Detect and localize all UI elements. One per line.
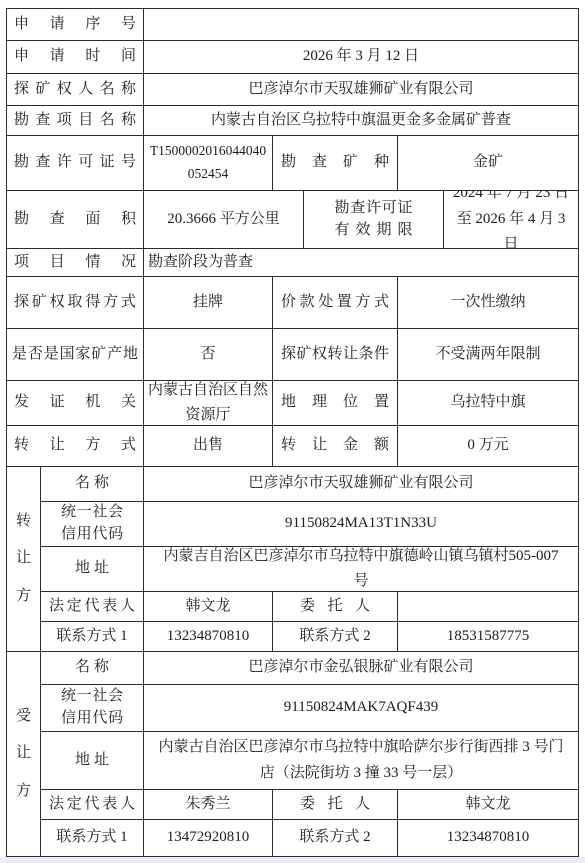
transferor-address-label: 地址 [41,547,144,591]
transferee-body: 名称 巴彦淖尔市金弘银脉矿业有限公司 统一社会信用代码 91150824MAK7… [41,652,578,856]
national-mineral-site-value: 否 [144,329,273,380]
transferor-body: 名称 巴彦淖尔市天驭雄狮矿业有限公司 统一社会信用代码 91150824MA13… [41,467,578,651]
holder-name-label: 探矿权人名称 [7,74,144,105]
transferee-name-value: 巴彦淖尔市金弘银脉矿业有限公司 [144,652,578,684]
row-transferor-credit: 统一社会信用代码 91150824MA13T1N33U [41,502,578,547]
project-status-value: 勘查阶段为普查 [144,249,578,276]
acquire-method-value: 挂牌 [144,277,273,328]
transfer-condition-value: 不受满两年限制 [398,329,578,380]
geo-location-label: 地理位置 [273,381,398,425]
row-transferor-phones: 联系方式 1 13234870810 联系方式 2 18531587775 [41,622,578,651]
row-survey-area: 勘查面积 20.3666 平方公里 勘查许可证有效期限 2024 年 7 月 2… [7,191,578,249]
row-transferee-address: 地址 内蒙古自治区巴彦淖尔市乌拉特中旗哈萨尔步行街西排 3 号门店（法院街坊 3… [41,732,578,790]
row-transferor-address: 地址 内蒙吉自治区巴彦淖尔市乌拉特中旗德岭山镇乌镇村505-007 号 [41,547,578,592]
row-transfer-method: 转让方式 出售 转让金额 0 万元 [7,426,578,467]
transferee-name-label: 名称 [41,652,144,684]
transferee-phone1-label: 联系方式 1 [41,820,144,856]
transferor-phone2-value: 18531587775 [398,622,578,651]
project-name-value: 内蒙古自治区乌拉特中旗温更金多金属矿普查 [144,106,578,135]
project-status-label: 项目情况 [7,249,144,276]
transfer-method-value: 出售 [144,426,273,466]
application-time-label: 申请时间 [7,41,144,73]
transferor-name-value: 巴彦淖尔市天驭雄狮矿业有限公司 [144,467,578,501]
survey-area-value: 20.3666 平方公里 [144,191,304,248]
license-no-value: T1500002016044040052454 [144,136,273,190]
national-mineral-site-label: 是否是国家矿产地 [7,329,144,380]
transferee-phone1-value: 13472920810 [144,820,273,856]
survey-area-label: 勘查面积 [7,191,144,248]
license-validity-value: 2024 年 7 月 23 日至 2026 年 4 月 3 日 [444,191,578,248]
transferor-side-title: 转让方 [7,467,41,651]
transferee-address-label: 地址 [41,732,144,789]
transferee-credit-value: 91150824MAK7AQF439 [144,685,578,731]
transferor-agent-label: 委托人 [273,592,398,621]
transfer-method-label: 转让方式 [7,426,144,466]
application-no-value [144,9,578,40]
issuing-authority-label: 发证机关 [7,381,144,425]
license-validity-label: 勘查许可证有效期限 [304,191,444,248]
transferor-phone2-label: 联系方式 2 [273,622,398,651]
transfer-condition-label: 探矿权转让条件 [273,329,398,380]
transferor-name-label: 名称 [41,467,144,501]
row-holder-name: 探矿权人名称 巴彦淖尔市天驭雄狮矿业有限公司 [7,74,578,106]
transferor-address-value: 内蒙吉自治区巴彦淖尔市乌拉特中旗德岭山镇乌镇村505-007 号 [144,547,578,591]
transferee-agent-label: 委托人 [273,790,398,819]
transfer-amount-label: 转让金额 [273,426,398,466]
transferee-phone2-value: 13234870810 [398,820,578,856]
acquire-method-label: 探矿权取得方式 [7,277,144,328]
row-issuing-authority: 发证机关 内蒙古自治区自然资源厅 地理位置 乌拉特中旗 [7,381,578,426]
transferor-agent-value [398,592,578,621]
payment-method-label: 价款处置方式 [273,277,398,328]
transferor-title: 转让方 [16,503,32,616]
row-transferor-name: 名称 巴彦淖尔市天驭雄狮矿业有限公司 [41,467,578,502]
transferee-agent-value: 韩文龙 [398,790,578,819]
transferee-rep-label: 法定代表人 [41,790,144,819]
transfer-amount-value: 0 万元 [398,426,578,466]
mineral-type-label: 勘查矿种 [273,136,398,190]
row-project-name: 勘查项目名称 内蒙古自治区乌拉特中旗温更金多金属矿普查 [7,106,578,136]
project-name-label: 勘查项目名称 [7,106,144,135]
transferor-section: 转让方 名称 巴彦淖尔市天驭雄狮矿业有限公司 统一社会信用代码 91150824… [7,467,578,652]
geo-location-value: 乌拉特中旗 [398,381,578,425]
payment-method-value: 一次性缴纳 [398,277,578,328]
transferor-phone1-value: 13234870810 [144,622,273,651]
application-time-value: 2026 年 3 月 12 日 [144,41,578,73]
row-application-no: 申请序号 [7,9,578,41]
page-bottom-strip [0,857,585,863]
transferee-address-value: 内蒙古自治区巴彦淖尔市乌拉特中旗哈萨尔步行街西排 3 号门店（法院街坊 3 撞 … [144,732,578,789]
transferor-credit-label: 统一社会信用代码 [41,502,144,546]
row-project-status: 项目情况 勘查阶段为普查 [7,249,578,277]
transferee-rep-value: 朱秀兰 [144,790,273,819]
transferor-rep-value: 韩文龙 [144,592,273,621]
row-license-no: 勘查许可证号 T1500002016044040052454 勘查矿种 金矿 [7,136,578,191]
transferor-credit-value: 91150824MA13T1N33U [144,502,578,546]
row-application-time: 申请时间 2026 年 3 月 12 日 [7,41,578,74]
row-transferee-credit: 统一社会信用代码 91150824MAK7AQF439 [41,685,578,732]
transferor-rep-label: 法定代表人 [41,592,144,621]
row-transferee-phones: 联系方式 1 13472920810 联系方式 2 13234870810 [41,820,578,856]
transferee-title: 受让方 [16,698,32,811]
transfer-application-table: 申请序号 申请时间 2026 年 3 月 12 日 探矿权人名称 巴彦淖尔市天驭… [6,8,579,857]
transferor-phone1-label: 联系方式 1 [41,622,144,651]
mineral-type-value: 金矿 [398,136,578,190]
holder-name-value: 巴彦淖尔市天驭雄狮矿业有限公司 [144,74,578,105]
transferee-phone2-label: 联系方式 2 [273,820,398,856]
transferee-side-title: 受让方 [7,652,41,856]
row-transferor-rep: 法定代表人 韩文龙 委托人 [41,592,578,622]
transferee-section: 受让方 名称 巴彦淖尔市金弘银脉矿业有限公司 统一社会信用代码 91150824… [7,652,578,856]
transferee-credit-label: 统一社会信用代码 [41,685,144,731]
row-transferee-rep: 法定代表人 朱秀兰 委托人 韩文龙 [41,790,578,820]
row-national-mineral-site: 是否是国家矿产地 否 探矿权转让条件 不受满两年限制 [7,329,578,381]
license-no-label: 勘查许可证号 [7,136,144,190]
issuing-authority-value: 内蒙古自治区自然资源厅 [144,381,273,425]
application-no-label: 申请序号 [7,9,144,40]
row-acquire-method: 探矿权取得方式 挂牌 价款处置方式 一次性缴纳 [7,277,578,329]
row-transferee-name: 名称 巴彦淖尔市金弘银脉矿业有限公司 [41,652,578,685]
